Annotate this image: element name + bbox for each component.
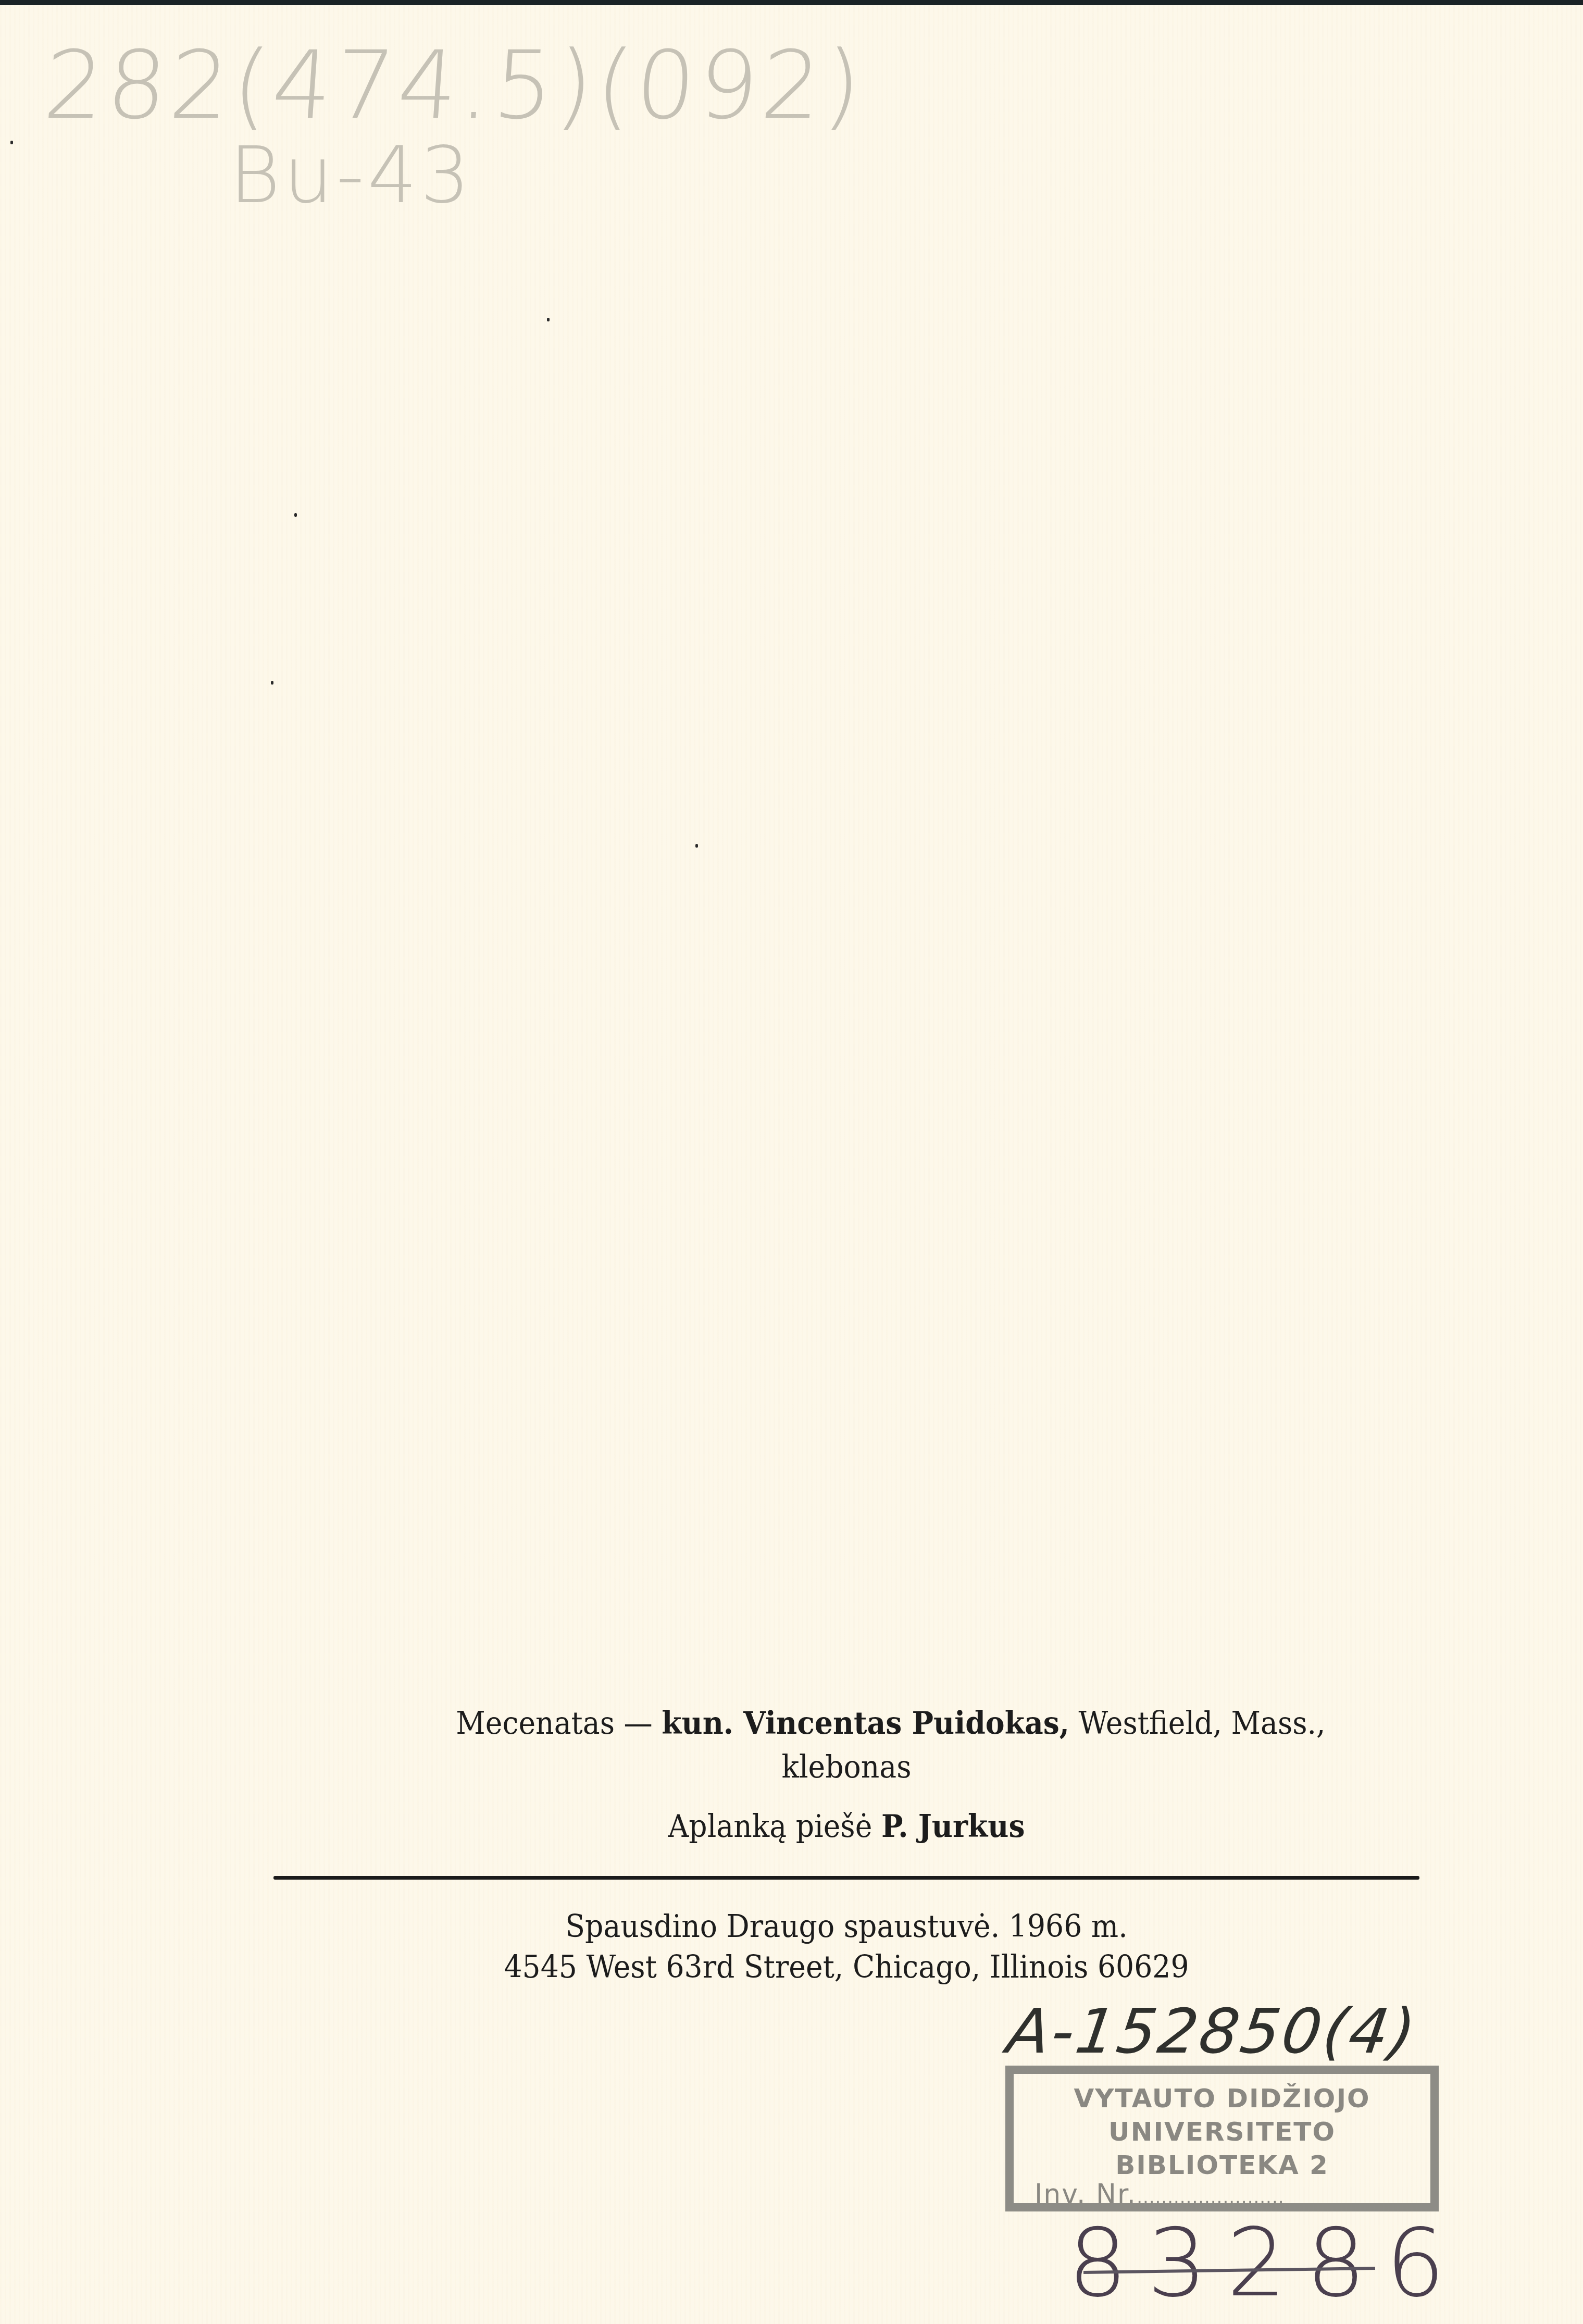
scan-speck xyxy=(271,681,273,685)
scan-speck xyxy=(547,318,550,321)
scan-top-edge xyxy=(0,0,1583,5)
handwritten-accession-number: A-152850(4) xyxy=(1003,1995,1422,2067)
stamp-inv-line: Inv. Nr......................... xyxy=(1034,2181,1451,2208)
patron-name: kun. Vincentas Puidokas, xyxy=(662,1705,1069,1742)
address-line: 4545 West 63rd Street, Chicago, Illinois… xyxy=(317,1952,1376,1983)
stamp-inv-dots: ........................ xyxy=(1137,2187,1284,2208)
handwritten-author-code: Bu-43 xyxy=(229,130,473,221)
scan-speck xyxy=(294,513,297,517)
scan-speck xyxy=(695,844,698,848)
patron-role: klebonas xyxy=(317,1751,1376,1783)
handwritten-call-number: 282(474.5)(092) xyxy=(41,31,868,140)
library-stamp: VYTAUTO DIDŽIOJO UNIVERSITETO BIBLIOTEKA… xyxy=(1005,2066,1439,2211)
stamp-line-2: UNIVERSITETO xyxy=(1014,2119,1430,2145)
patron-label: Mecenatas xyxy=(456,1705,615,1742)
printer-line: Spausdino Draugo spaustuvė. 1966 m. xyxy=(317,1911,1376,1942)
patron-dash: — xyxy=(615,1705,662,1742)
horizontal-rule xyxy=(273,1876,1419,1880)
patron-location: Westfield, Mass., xyxy=(1069,1705,1326,1742)
handwritten-inventory-number: 83286 xyxy=(1068,2209,1465,2318)
stamp-line-3: BIBLIOTEKA 2 xyxy=(1014,2152,1430,2178)
stamp-inv-label: Inv. Nr. xyxy=(1034,2179,1137,2210)
cover-artist: P. Jurkus xyxy=(881,1808,1025,1845)
cover-label: Aplanką piešė xyxy=(668,1808,881,1845)
scan-speck xyxy=(10,141,13,144)
stamp-line-1: VYTAUTO DIDŽIOJO xyxy=(1014,2085,1430,2111)
cover-credit-line: Aplanką piešė P. Jurkus xyxy=(317,1811,1376,1842)
patron-line: Mecenatas — kun. Vincentas Puidokas, Wes… xyxy=(340,1708,1442,1739)
scanned-page: 282(474.5)(092) Bu-43 Mecenatas — kun. V… xyxy=(0,0,1583,2324)
